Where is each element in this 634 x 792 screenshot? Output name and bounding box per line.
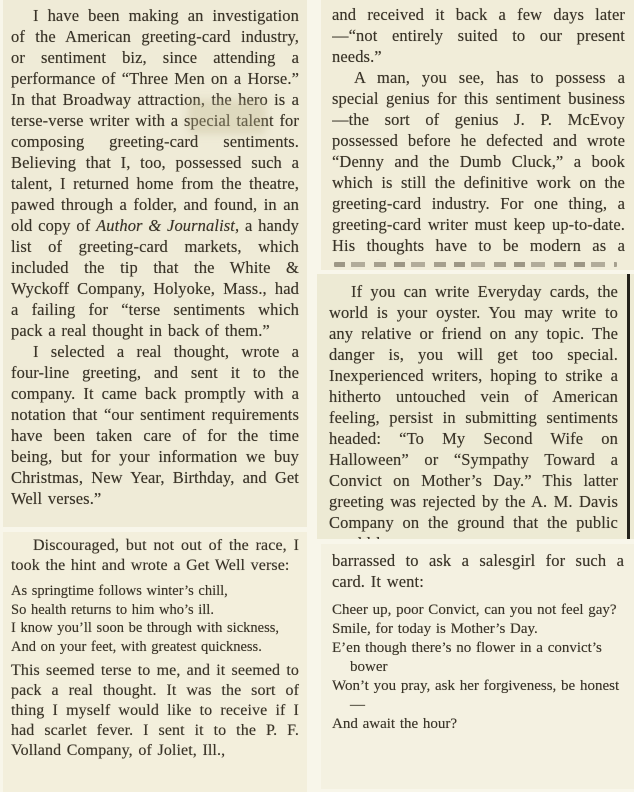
text-area: and received it back a few days later—“n… <box>332 4 625 260</box>
verse-line: As springtime follows winter’s chill, <box>11 582 299 601</box>
article-block-left-top: I have been making an investigation of t… <box>3 0 307 527</box>
verse-line: So health returns to him who’s ill. <box>11 601 299 620</box>
article-block-left-bottom: Discouraged, but not out of the race, I … <box>3 532 307 792</box>
article-block-right-bottom: barrassed to ask a salesgirl for such a … <box>321 544 634 789</box>
convict-verse: Cheer up, poor Convict, can you not feel… <box>332 601 624 734</box>
magazine-scan-page: I have been making an investigation of t… <box>0 0 634 792</box>
article-block-right-middle: If you can write Everyday cards, the wor… <box>317 274 634 539</box>
paragraph-real-thought: I selected a real thought, wrote a four-… <box>11 341 299 509</box>
clipped-text-line <box>334 262 617 267</box>
scan-edge-rule <box>627 274 630 539</box>
verse-line: E’en though there’s no flower in a convi… <box>332 639 624 677</box>
paragraph-salesgirl: barrassed to ask a salesgirl for such a … <box>332 550 624 592</box>
paragraph-discouraged: Discouraged, but not out of the race, I … <box>11 536 299 576</box>
verse-line: Cheer up, poor Convict, can you not feel… <box>332 601 624 620</box>
verse-line: Won’t you pray, ask her forgiveness, be … <box>332 677 624 715</box>
paragraph-special-genius: A man, you see, has to possess a special… <box>332 67 625 260</box>
paragraph-text: I have been making an investigation of t… <box>11 6 299 235</box>
verse-line: I know you’ll soon be through with sickn… <box>11 619 299 638</box>
verse-line: And on your feet, with greatest quicknes… <box>11 638 299 657</box>
get-well-verse: As springtime follows winter’s chill, So… <box>11 582 299 656</box>
paragraph-terse: This seemed terse to me, and it seemed t… <box>11 661 299 761</box>
verse-line: Smile, for today is Mother’s Day. <box>332 620 624 639</box>
italic-publication-title: Author & Journalist <box>96 216 235 235</box>
article-block-right-top: and received it back a few days later—“n… <box>321 0 634 270</box>
paragraph-received-back: and received it back a few days later—“n… <box>332 4 625 67</box>
paragraph-everyday-cards: If you can write Everyday cards, the wor… <box>329 281 618 539</box>
verse-line: And await the hour? <box>332 715 624 734</box>
paragraph-investigation: I have been making an investigation of t… <box>11 5 299 341</box>
